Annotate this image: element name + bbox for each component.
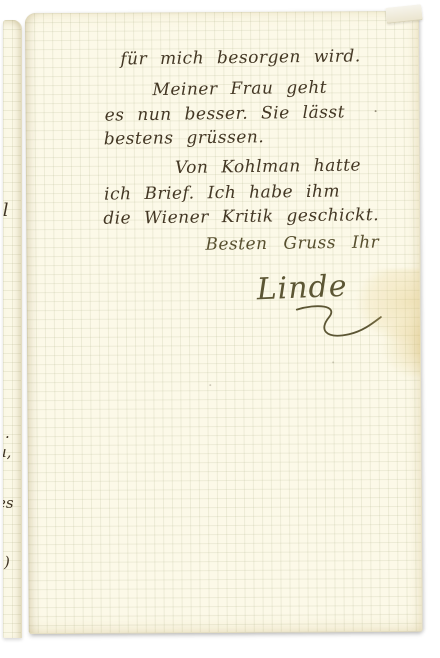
letter-line-4: bestens grüssen. (104, 129, 265, 148)
letter-page: für mich besorgen wird. Meiner Frau geht… (25, 11, 423, 634)
stroke-fragment: ll (3, 202, 9, 220)
ink-speck (375, 110, 377, 112)
stroke-fragment: ) (4, 555, 10, 570)
letter-photograph: ll ( . u, es - ) für mich besorgen wird.… (0, 0, 440, 658)
letter-line-6: ich Brief. Ich habe ihm (104, 184, 340, 204)
stroke-fragment: u, (3, 445, 11, 460)
stroke-fragment: . (5, 426, 10, 441)
signature-flourish (295, 301, 385, 348)
ink-speck (209, 384, 211, 386)
letter-line-3: es nun besser. Sie lässt (105, 104, 346, 124)
stroke-fragment: es (3, 496, 14, 511)
letter-line-7: die Wiener Kritik geschickt. (103, 207, 379, 228)
letter-line-2: Meiner Frau geht (152, 80, 327, 99)
facing-page-edge: ll ( . u, es - ) (3, 20, 22, 638)
letter-closing: Besten Gruss Ihr (205, 234, 379, 253)
letter-line-1: für mich besorgen wird. (120, 48, 361, 68)
signature: Linde (256, 272, 348, 306)
letter-line-5: Von Kohlman hatte (175, 158, 361, 177)
ink-speck (332, 361, 334, 363)
